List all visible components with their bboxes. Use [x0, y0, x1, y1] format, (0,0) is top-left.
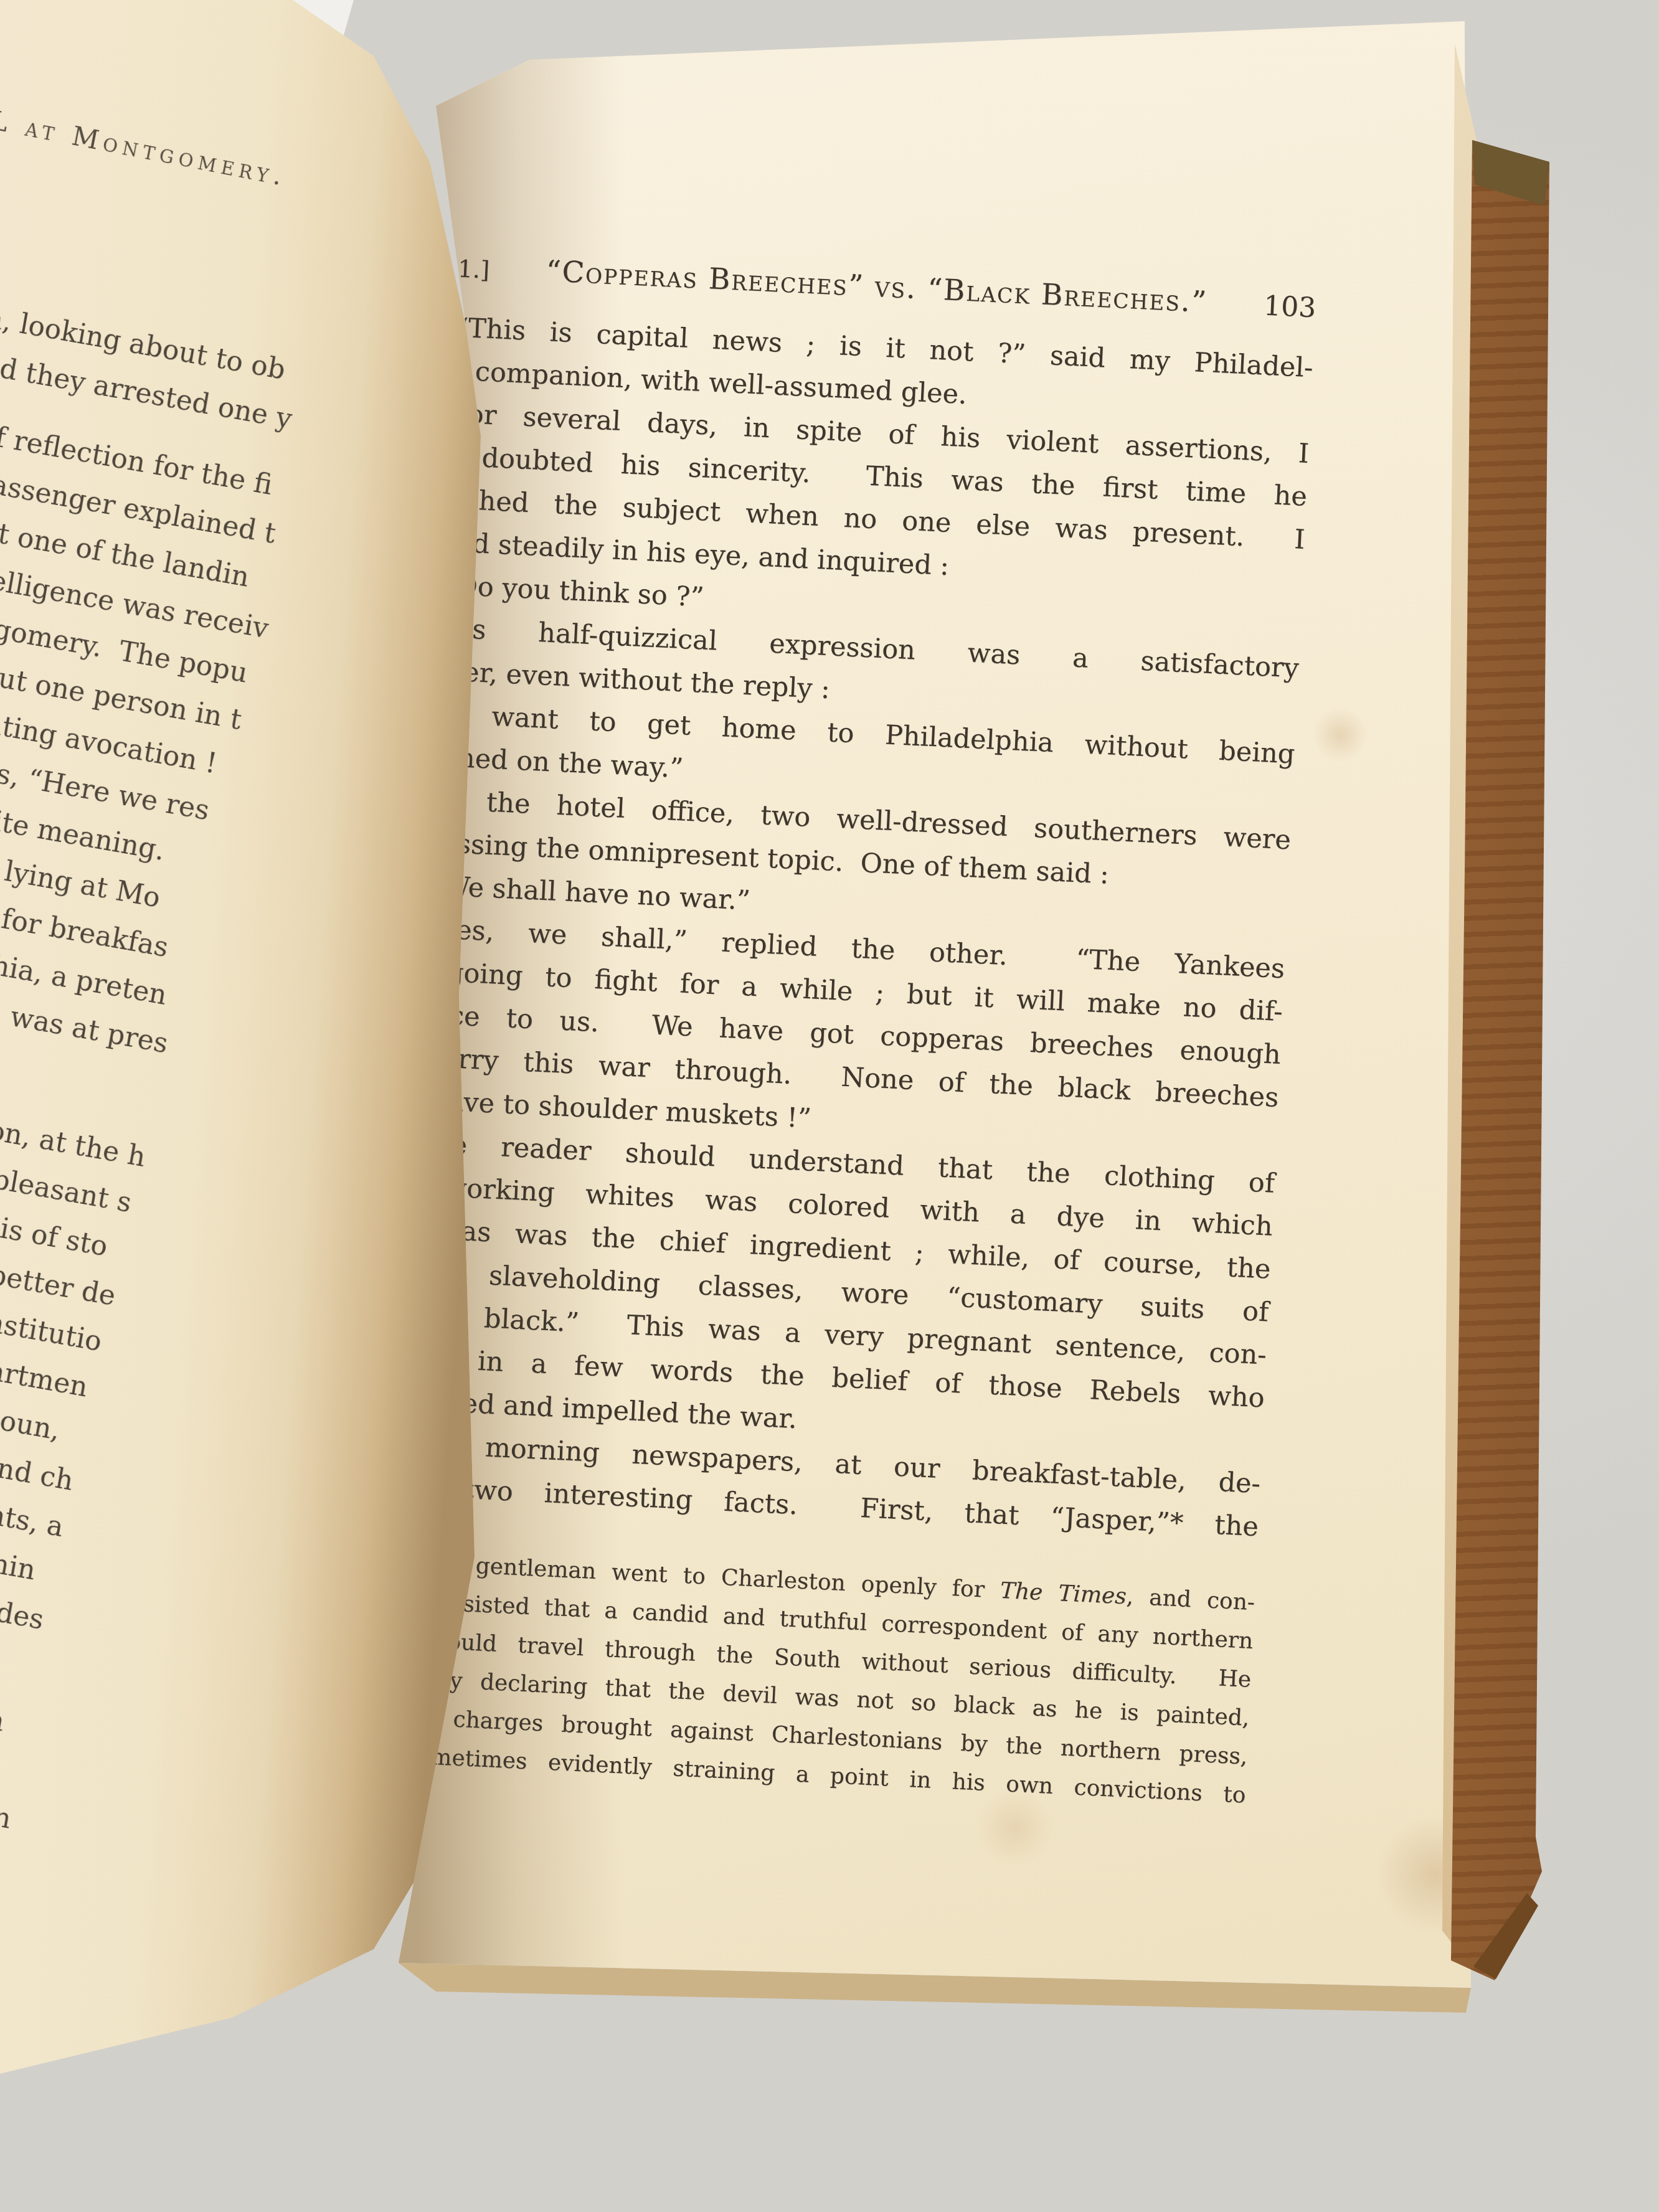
body-paragraphs: “This is capital news ; is it not ?” sai…	[354, 305, 1314, 1549]
left-page-text: th, looking about to oband they arrested…	[0, 293, 420, 1916]
footnote: * This gentleman went to Charleston open…	[342, 1541, 1256, 1815]
page-header-number: 103	[1263, 290, 1316, 324]
left-page-running-head: L at Montgomery.	[0, 105, 290, 192]
paragraph: The reader should understand that the cl…	[358, 1120, 1275, 1463]
page-header-title: “Copperas Breeches” vs. “Black Breeches.…	[489, 252, 1265, 323]
right-page-text: 1861.] “Copperas Breeches” vs. “Black Br…	[342, 248, 1317, 1815]
book-photo: L at Montgomery. th, looking about to ob…	[0, 0, 1659, 2212]
paragraph: “Yes, we shall,” replied the other. “The…	[372, 905, 1286, 1163]
